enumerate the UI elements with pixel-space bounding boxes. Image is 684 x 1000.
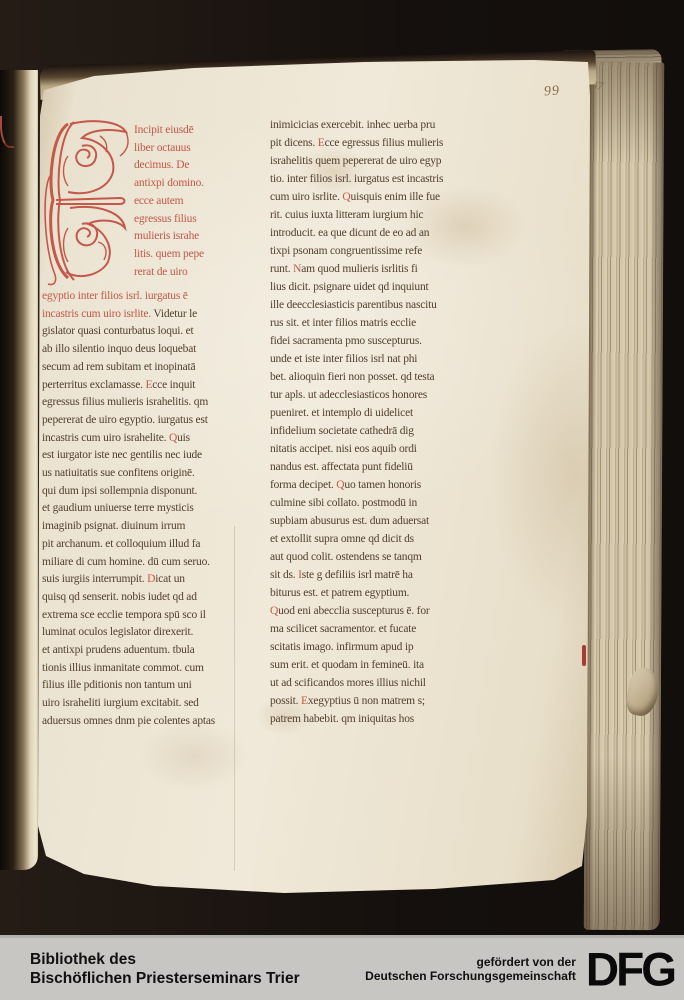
column-right: inimicicias exercebit. inhec uerba prupi… (270, 116, 506, 728)
text-segment: israhelitis quem pepererat de uiro egyp (270, 155, 441, 167)
manuscript-line: cum uiro isrlite. Quisquis enim ille fue (270, 188, 506, 206)
manuscript-line: egressus filius mulieris israhelitis. qm (42, 394, 268, 412)
manuscript-line: scitatis imago. infirmum apud ip (270, 638, 506, 656)
manuscript-line: miliare di cum homine. dū cum seruo. (42, 554, 268, 572)
manuscript-line: us natiuitatis sue confitens originē. (42, 465, 268, 483)
manuscript-line: aduersus omnes dnm pie colentes aptas (42, 713, 268, 731)
manuscript-line: gislator quasi conturbatus loqui. et (42, 323, 268, 341)
text-segment: extrema sce ecclie tempora spū sco il (42, 609, 206, 621)
text-segment: ut ad scificandos mores illius nichil (270, 677, 426, 689)
text-segment: uod eni abecclia suscepturus ē. for (278, 605, 429, 617)
fore-edge-inscription: 47 (591, 79, 604, 93)
text-segment: ille deecclesiasticis parentibus nascitu (270, 299, 437, 311)
text-segment: ma scilicet sacramentor. et fucate (270, 623, 416, 635)
column-left-text: egyptio inter filios isrl. iurgatus ēinc… (42, 288, 268, 731)
manuscript-line: pepererat de uiro egyptio. iurgatus est (42, 412, 268, 430)
manuscript-line: tur apls. ut adecclesiasticos honores (270, 386, 506, 404)
manuscript-line: sit ds. Iste g defiliis isrl matrē ha (270, 566, 506, 584)
text-segment: Q (342, 191, 350, 203)
manuscript-line: pit archanum. et colloquium illud fa (42, 536, 268, 554)
text-segment: rit. cuius iuxta litteram iurgium hic (270, 209, 423, 221)
text-segment: uo tamen honoris (344, 479, 421, 491)
text-segment: cce egressus filius mulieris (325, 137, 444, 149)
manuscript-line: unde et iste inter filios isrl nat phi (270, 350, 506, 368)
text-segment: quisq qd senserit. nobis iudet qd ad (42, 591, 197, 603)
column-left: Incipit eiusdēliber octauusdecimus. Dean… (42, 116, 268, 731)
text-segment: possit. (270, 695, 301, 707)
text-segment: cce inquit (152, 379, 195, 391)
text-segment: tionis illius inmanitate commot. cum (42, 662, 204, 674)
text-segment: egressus filius (134, 213, 196, 225)
column-right-text: inimicicias exercebit. inhec uerba prupi… (270, 116, 506, 728)
text-segment: nitatis accipet. nisi eos aquib ordi (270, 443, 417, 455)
manuscript-line: tionis illius inmanitate commot. cum (42, 660, 268, 678)
text-segment: suis iurgiis interrumpit. (42, 573, 147, 585)
text-segment: Q (169, 432, 177, 444)
manuscript-line: secum ad rem subitam et inopinatā (42, 359, 268, 377)
library-name: Bibliothek des Bischöflichen Priestersem… (0, 950, 300, 988)
manuscript-line: perterritus exclamasse. Ecce inquit (42, 377, 268, 395)
text-segment: et extollit supra omne qd dicit ds (270, 533, 414, 545)
text-segment: pepererat de uiro egyptio. iurgatus est (42, 414, 208, 426)
manuscript-line: pit dicens. Ecce egressus filius mulieri… (270, 134, 506, 152)
manuscript-line: Incipit eiusdē (134, 122, 204, 140)
funding-line1: gefördert von der (365, 955, 576, 970)
manuscript-line: qui dum ipsi sollempnia disponunt. (42, 483, 268, 501)
text-segment: culmine sibi collato. postmodū in (270, 497, 417, 509)
manuscript-line: ut ad scificandos mores illius nichil (270, 674, 506, 692)
manuscript-line: infidelium societate cathedrā dig (270, 422, 506, 440)
manuscript-line: et antixpi prudens aduentum. tbula (42, 642, 268, 660)
text-segment: sit ds. (270, 569, 298, 581)
text-segment: scitatis imago. infirmum apud ip (270, 641, 413, 653)
text-segment: introducit. ea que dicunt de eo ad an (270, 227, 429, 239)
manuscript-line: nitatis accipet. nisi eos aquib ordi (270, 440, 506, 458)
text-segment: tixpi psonam congruentissime refe (270, 245, 422, 257)
manuscript-line: rit. cuius iuxta litteram iurgium hic (270, 206, 506, 224)
text-segment: secum ad rem subitam et inopinatā (42, 361, 195, 373)
text-segment: incastris cum uiro isrlite. (42, 308, 153, 320)
text-segment: am quod mulieris isrlitis fi (301, 263, 417, 275)
manuscript-line: forma decipet. Quo tamen honoris (270, 476, 506, 494)
text-segment: ab illo silentio inquo deus loquebat (42, 343, 196, 355)
facing-page-sliver (0, 70, 38, 870)
chapter-opening: Incipit eiusdēliber octauusdecimus. Dean… (42, 116, 268, 288)
text-segment: miliare di cum homine. dū cum seruo. (42, 556, 210, 568)
manuscript-line: nandus est. affectata punt fideliū (270, 458, 506, 476)
manuscript-line: filius ille pditionis non tantum uni (42, 677, 268, 695)
text-segment: decimus. De (134, 159, 189, 171)
manuscript-line: uiro israheliti iurgium excitabit. sed (42, 695, 268, 713)
text-segment: sum erit. et quodam in femineū. ita (270, 659, 424, 671)
text-segment: egressus filius mulieris israhelitis. qm (42, 396, 208, 408)
text-segment: imaginib psignat. diuinum irrum (42, 520, 185, 532)
text-segment: perterritus exclamasse. (42, 379, 145, 391)
text-segment: luminat oculos legislator direxerit. (42, 626, 193, 638)
text-segment: Incipit eiusdē (134, 124, 193, 136)
manuscript-line: fidei sacramenta pmo suscepturus. (270, 332, 506, 350)
text-segment: est iurgator iste nec gentilis nec iude (42, 449, 202, 461)
text-segment: pit archanum. et colloquium illud fa (42, 538, 200, 550)
text-segment: biturus est. et patrem egyptium. (270, 587, 409, 599)
manuscript-line: rus sit. et inter filios matris ecclie (270, 314, 506, 332)
text-segment: fidei sacramenta pmo suscepturus. (270, 335, 422, 347)
text-segment: infidelium societate cathedrā dig (270, 425, 414, 437)
text-segment: patrem habebit. qm iniquitas hos (270, 713, 414, 725)
text-segment: gislator quasi conturbatus loqui. et (42, 325, 194, 337)
text-segment: uiro israheliti iurgium excitabit. sed (42, 697, 199, 709)
manuscript-line: bet. alioquin fieri non posset. qd testa (270, 368, 506, 386)
manuscript-line: imaginib psignat. diuinum irrum (42, 518, 268, 536)
manuscript-line: extrema sce ecclie tempora spū sco il (42, 607, 268, 625)
text-segment: lius dicit. psignare uidet qd inquiunt (270, 281, 429, 293)
manuscript-line: lius dicit. psignare uidet qd inquiunt (270, 278, 506, 296)
text-segment: E (301, 695, 308, 707)
text-segment: rerat de uiro (134, 266, 188, 278)
manuscript-line: patrem habebit. qm iniquitas hos (270, 710, 506, 728)
text-segment: litis. quem pepe (134, 248, 204, 260)
manuscript-line: tio. inter filios isrl. iurgatus est inc… (270, 170, 506, 188)
manuscript-line: decimus. De (134, 157, 204, 175)
text-segment: uisquis enim ille fue (351, 191, 440, 203)
text-segment: tio. inter filios isrl. iurgatus est inc… (270, 173, 443, 185)
manuscript-line: introducit. ea que dicunt de eo ad an (270, 224, 506, 242)
text-segment: pit dicens. (270, 137, 318, 149)
manuscript-line: inimicicias exercebit. inhec uerba pru (270, 116, 506, 134)
manuscript-line: mulieris israhe (134, 228, 204, 246)
manuscript-line: israhelitis quem pepererat de uiro egyp (270, 152, 506, 170)
manuscript-line: litis. quem pepe (134, 246, 204, 264)
text-segment: icat un (155, 573, 185, 585)
manuscript-line: ille deecclesiasticis parentibus nascitu (270, 296, 506, 314)
text-segment: unde et iste inter filios isrl nat phi (270, 353, 417, 365)
text-segment: inimicicias exercebit. inhec uerba pru (270, 119, 435, 131)
text-segment: et antixpi prudens aduentum. tbula (42, 644, 195, 656)
funding-line2: Deutschen Forschungsgemeinschaft (365, 969, 576, 984)
manuscript-line: incastris cum uiro isrlite. Videtur le (42, 306, 268, 324)
text-segment: us natiuitatis sue confitens originē. (42, 467, 195, 479)
manuscript-line: incastris cum uiro israhelite. Quis (42, 430, 268, 448)
manuscript-line: rerat de uiro (134, 264, 204, 282)
text-segment: aduersus omnes dnm pie colentes aptas (42, 715, 215, 727)
manuscript-line: et gaudium uniuerse terre mysticis (42, 500, 268, 518)
manuscript-line: ma scilicet sacramentor. et fucate (270, 620, 506, 638)
manuscript-line: suis iurgiis interrumpit. Dicat un (42, 571, 268, 589)
manuscript-scan-viewport: 47 99 (0, 0, 684, 1000)
text-segment: Q (270, 605, 278, 617)
text-segment: bet. alioquin fieri non posset. qd testa (270, 371, 434, 383)
text-segment: filius ille pditionis non tantum uni (42, 679, 192, 691)
manuscript-page: 99 (34, 56, 592, 901)
manuscript-line: Quod eni abecclia suscepturus ē. for (270, 602, 506, 620)
text-block: Incipit eiusdēliber octauusdecimus. Dean… (34, 56, 592, 901)
manuscript-line: luminat oculos legislator direxerit. (42, 624, 268, 642)
text-segment: tur apls. ut adecclesiasticos honores (270, 389, 427, 401)
red-edge-mark (582, 645, 586, 666)
text-segment: incastris cum uiro israhelite. (42, 432, 169, 444)
text-segment: xegyptius ū non matrem s; (308, 695, 425, 707)
manuscript-line: biturus est. et patrem egyptium. (270, 584, 506, 602)
manuscript-line: est iurgator iste nec gentilis nec iude (42, 447, 268, 465)
decorated-initial-E-icon (38, 116, 134, 288)
text-segment: qui dum ipsi sollempnia disponunt. (42, 485, 197, 497)
text-segment: uis (177, 432, 190, 444)
library-name-line1: Bibliothek des (30, 950, 300, 969)
manuscript-line: egyptio inter filios isrl. iurgatus ē (42, 288, 268, 306)
text-segment: aut quod colit. ostendens se tanqm (270, 551, 422, 563)
library-name-line2: Bischöflichen Priesterseminars Trier (30, 969, 300, 988)
text-segment: ste g defiliis isrl matrē ha (302, 569, 413, 581)
text-segment: N (293, 263, 301, 275)
manuscript-line: tixpi psonam congruentissime refe (270, 242, 506, 260)
text-segment: ecce autem (134, 195, 183, 207)
text-segment: liber octauus (134, 142, 190, 154)
text-segment: Videtur le (153, 308, 197, 320)
manuscript-line: egressus filius (134, 211, 204, 229)
text-segment: mulieris israhe (134, 230, 199, 242)
manuscript-line: antixpi domino. (134, 175, 204, 193)
dfg-logo: DFG (586, 946, 674, 993)
text-segment: forma decipet. (270, 479, 336, 491)
provenance-bar: Bibliothek des Bischöflichen Priestersem… (0, 935, 684, 1000)
text-segment: runt. (270, 263, 293, 275)
manuscript-line: ecce autem (134, 193, 204, 211)
rubric-heading: Incipit eiusdēliber octauusdecimus. Dean… (134, 116, 204, 281)
text-segment: antixpi domino. (134, 177, 204, 189)
text-segment: et gaudium uniuerse terre mysticis (42, 502, 194, 514)
manuscript-line: possit. Exegyptius ū non matrem s; (270, 692, 506, 710)
text-segment: nandus est. affectata punt fideliū (270, 461, 413, 473)
manuscript-line: ab illo silentio inquo deus loquebat (42, 341, 268, 359)
manuscript-line: culmine sibi collato. postmodū in (270, 494, 506, 512)
text-segment: cum uiro isrlite. (270, 191, 342, 203)
manuscript-line: quisq qd senserit. nobis iudet qd ad (42, 589, 268, 607)
manuscript-line: sum erit. et quodam in femineū. ita (270, 656, 506, 674)
manuscript-line: supbiam abusurus est. dum aduersat (270, 512, 506, 530)
text-segment: E (318, 137, 325, 149)
manuscript-line: runt. Nam quod mulieris isrlitis fi (270, 260, 506, 278)
text-segment: pueniret. et intemplo di uidelicet (270, 407, 413, 419)
manuscript-line: pueniret. et intemplo di uidelicet (270, 404, 506, 422)
text-segment: egyptio inter filios isrl. iurgatus ē (42, 290, 188, 302)
manuscript-line: et extollit supra omne qd dicit ds (270, 530, 506, 548)
text-segment: rus sit. et inter filios matris ecclie (270, 317, 416, 329)
book-fore-edge-stack (584, 62, 665, 930)
funding-credit: gefördert von der Deutschen Forschungsge… (365, 955, 576, 984)
manuscript-line: liber octauus (134, 140, 204, 158)
manuscript-line: aut quod colit. ostendens se tanqm (270, 548, 506, 566)
text-segment: supbiam abusurus est. dum aduersat (270, 515, 429, 527)
